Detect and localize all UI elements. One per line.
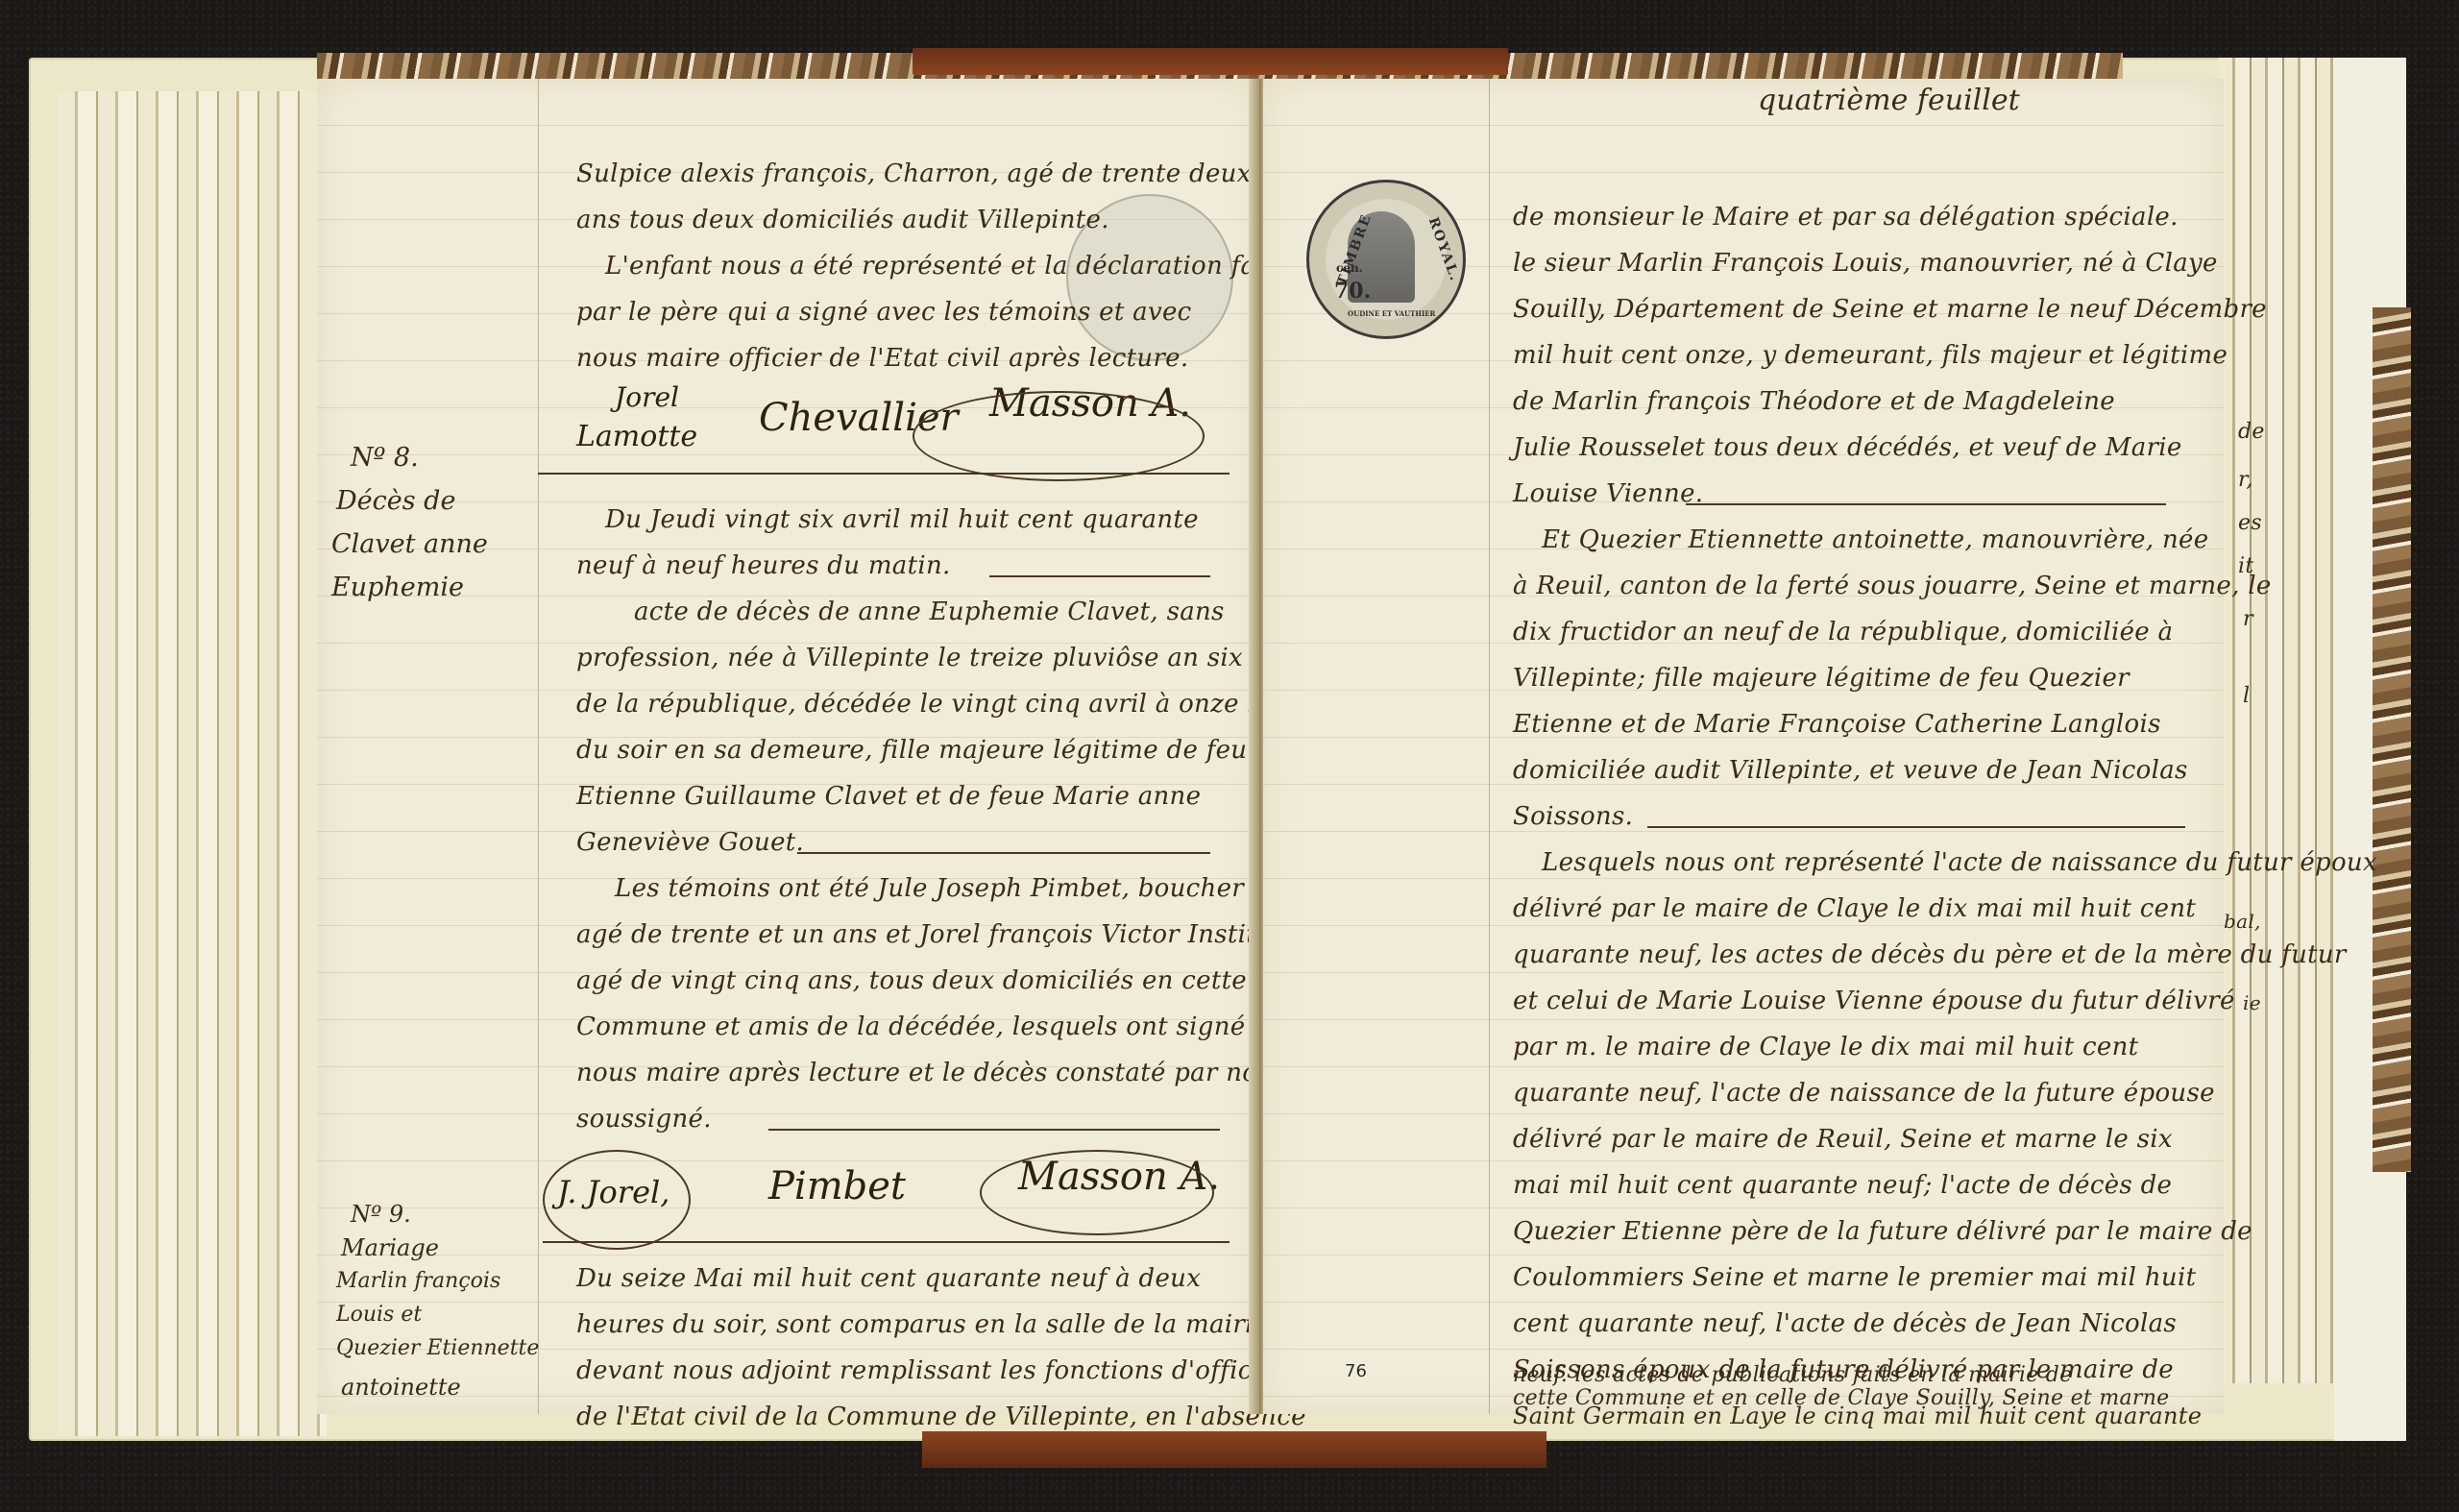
folio-annotation: quatrième feuillet <box>1758 84 2020 117</box>
text-line: neuf à neuf heures du matin. <box>576 543 951 590</box>
text-line: domiciliée audit Villepinte, et veuve de… <box>1513 747 2188 794</box>
text-line: quarante neuf, les actes de décès du pèr… <box>1513 932 2347 979</box>
text-line: délivré par le maire de Claye le dix mai… <box>1513 886 2196 933</box>
margin-title: Quezier Etiennette <box>336 1332 539 1365</box>
entry-number: Nº 9. <box>351 1198 411 1231</box>
text-line: heures du soir, sont comparus en la sall… <box>576 1302 1277 1349</box>
text-line: profession, née à Villepinte le treize p… <box>576 635 1243 682</box>
text-line: quarante neuf, l'acte de naissance de la… <box>1513 1070 2215 1117</box>
text-line: ans tous deux domiciliés audit Villepint… <box>576 197 1109 244</box>
stamp-label-right: ROYAL. <box>1425 215 1463 284</box>
text-line: Geneviève Gouet. <box>576 819 804 866</box>
text-line: Soissons. <box>1513 793 1633 841</box>
text-line: Julie Rousselet tous deux décédés, et ve… <box>1513 425 2182 472</box>
margin-title: Louis et <box>336 1299 422 1331</box>
text-line: nous maire après lecture et le décès con… <box>576 1050 1287 1097</box>
text-line: Les témoins ont été Jule Joseph Pimbet, … <box>615 866 1244 913</box>
text-line: Commune et amis de la décédée, lesquels … <box>576 1004 1312 1051</box>
signature-flourish <box>980 1150 1214 1235</box>
line-filler <box>797 852 1210 854</box>
text-line: soussigné. <box>576 1096 712 1143</box>
edge-fragment: de <box>2238 408 2265 455</box>
text-line: dix fructidor an neuf de la république, … <box>1513 609 2173 656</box>
leather-spine-top <box>913 48 1508 75</box>
text-line: mai mil huit cent quarante neuf; l'acte … <box>1513 1162 2172 1209</box>
text-line: de l'Etat civil de la Commune de Villepi… <box>576 1394 1306 1441</box>
text-line: Coulommiers Seine et marne le premier ma… <box>1513 1255 2196 1302</box>
edge-fragment: ie <box>2243 980 2261 1027</box>
text-line: et celui de Marie Louise Vienne épouse d… <box>1513 978 2235 1025</box>
edge-fragment: es <box>2238 500 2262 547</box>
line-filler <box>1686 503 2166 505</box>
text-line: du soir en sa demeure, fille majeure lég… <box>576 727 1247 774</box>
text-line: Etienne et de Marie Françoise Catherine … <box>1513 701 2161 748</box>
edge-fragment: r, <box>2238 456 2253 503</box>
text-line: Du Jeudi vingt six avril mil huit cent q… <box>605 497 1199 544</box>
margin-title: antoinette <box>341 1371 461 1403</box>
royal-tax-stamp: TIMBRE ROYAL. cen. 70. OUDINE ET VAUTHIE… <box>1306 180 1466 339</box>
margin-line <box>1489 79 1490 1414</box>
left-page: Sulpice alexis françois, Charron, agé de… <box>317 79 1258 1414</box>
text-line: cette Commune et en celle de Claye Souil… <box>1513 1387 2170 1410</box>
line-filler <box>768 1129 1220 1131</box>
line-filler <box>989 575 1210 577</box>
text-line: par le père qui a signé avec les témoins… <box>576 289 1192 336</box>
text-line: Du seize Mai mil huit cent quarante neuf… <box>576 1256 1201 1303</box>
text-line: agé de trente et un ans et Jorel françoi… <box>576 912 1327 959</box>
text-line: de la république, décédée le vingt cinq … <box>576 681 1335 728</box>
stamp-denomination-value: 70. <box>1334 279 1371 304</box>
text-line: cent quarante neuf, l'acte de décès de J… <box>1513 1301 2177 1348</box>
text-line: Lesquels nous ont représenté l'acte de n… <box>1542 840 2377 887</box>
text-line: Villepinte; fille majeure légitime de fe… <box>1513 655 2130 702</box>
text-line: Sulpice alexis françois, Charron, agé de… <box>576 151 1252 198</box>
text-line: de Marlin françois Théodore et de Magdel… <box>1513 378 2115 426</box>
text-line: L'enfant nous a été représenté et la déc… <box>605 243 1289 290</box>
entry-separator <box>538 473 1229 475</box>
right-page: quatrième feuillet TIMBRE ROYAL. cen. 70… <box>1263 79 2224 1414</box>
line-filler <box>1647 826 2185 828</box>
margin-title: Clavet anne <box>331 525 488 564</box>
signature: J. Jorel, <box>557 1174 670 1210</box>
margin-title: Marlin françois <box>336 1265 500 1298</box>
edge-fragment: l <box>2243 672 2250 719</box>
text-line: agé de vingt cinq ans, tous deux domicil… <box>576 958 1247 1005</box>
text-line: par m. le maire de Claye le dix mai mil … <box>1513 1024 2138 1071</box>
text-line: Quezier Etienne père de la future délivr… <box>1513 1208 2252 1256</box>
margin-title: Décès de <box>336 482 455 521</box>
entry-number: Nº 8. <box>351 439 419 477</box>
signature: Pimbet <box>768 1164 906 1208</box>
text-line: Louise Vienne. <box>1513 471 1703 518</box>
text-line: mil huit cent onze, y demeurant, fils ma… <box>1513 332 2228 379</box>
text-line: de monsieur le Maire et par sa délégatio… <box>1513 194 2179 241</box>
text-line: le sieur Marlin François Louis, manouvri… <box>1513 240 2218 287</box>
text-line: Etienne Guillaume Clavet et de feue Mari… <box>576 773 1201 820</box>
margin-title: Mariage <box>341 1232 439 1264</box>
margin-line <box>538 79 539 1414</box>
text-line: délivré par le maire de Reuil, Seine et … <box>1513 1116 2173 1163</box>
signature: Jorel <box>615 381 679 413</box>
margin-title: Euphemie <box>331 569 464 607</box>
text-line: devant nous adjoint remplissant les fonc… <box>576 1348 1288 1395</box>
text-line: Et Quezier Etiennette antoinette, manouv… <box>1542 517 2208 564</box>
marbled-endpaper-right <box>2373 307 2411 1172</box>
text-line: Souilly, Département de Seine et marne l… <box>1513 286 2267 333</box>
entry-separator <box>543 1241 1229 1243</box>
signature: Lamotte <box>576 420 697 453</box>
signature-flourish <box>913 391 1205 481</box>
page-stack-left <box>58 91 327 1436</box>
text-line: neuf. les actes de publications faits en… <box>1513 1364 2072 1387</box>
page-number: 76 <box>1345 1361 1367 1381</box>
stamp-denomination-label: cen. <box>1336 261 1363 275</box>
stamp-maker: OUDINE ET VAUTHIER <box>1348 309 1435 318</box>
text-line: acte de décès de anne Euphemie Clavet, s… <box>634 589 1225 636</box>
text-line: nous maire officier de l'Etat civil aprè… <box>576 335 1188 382</box>
text-line: à Reuil, canton de la ferté sous jouarre… <box>1513 563 2272 610</box>
